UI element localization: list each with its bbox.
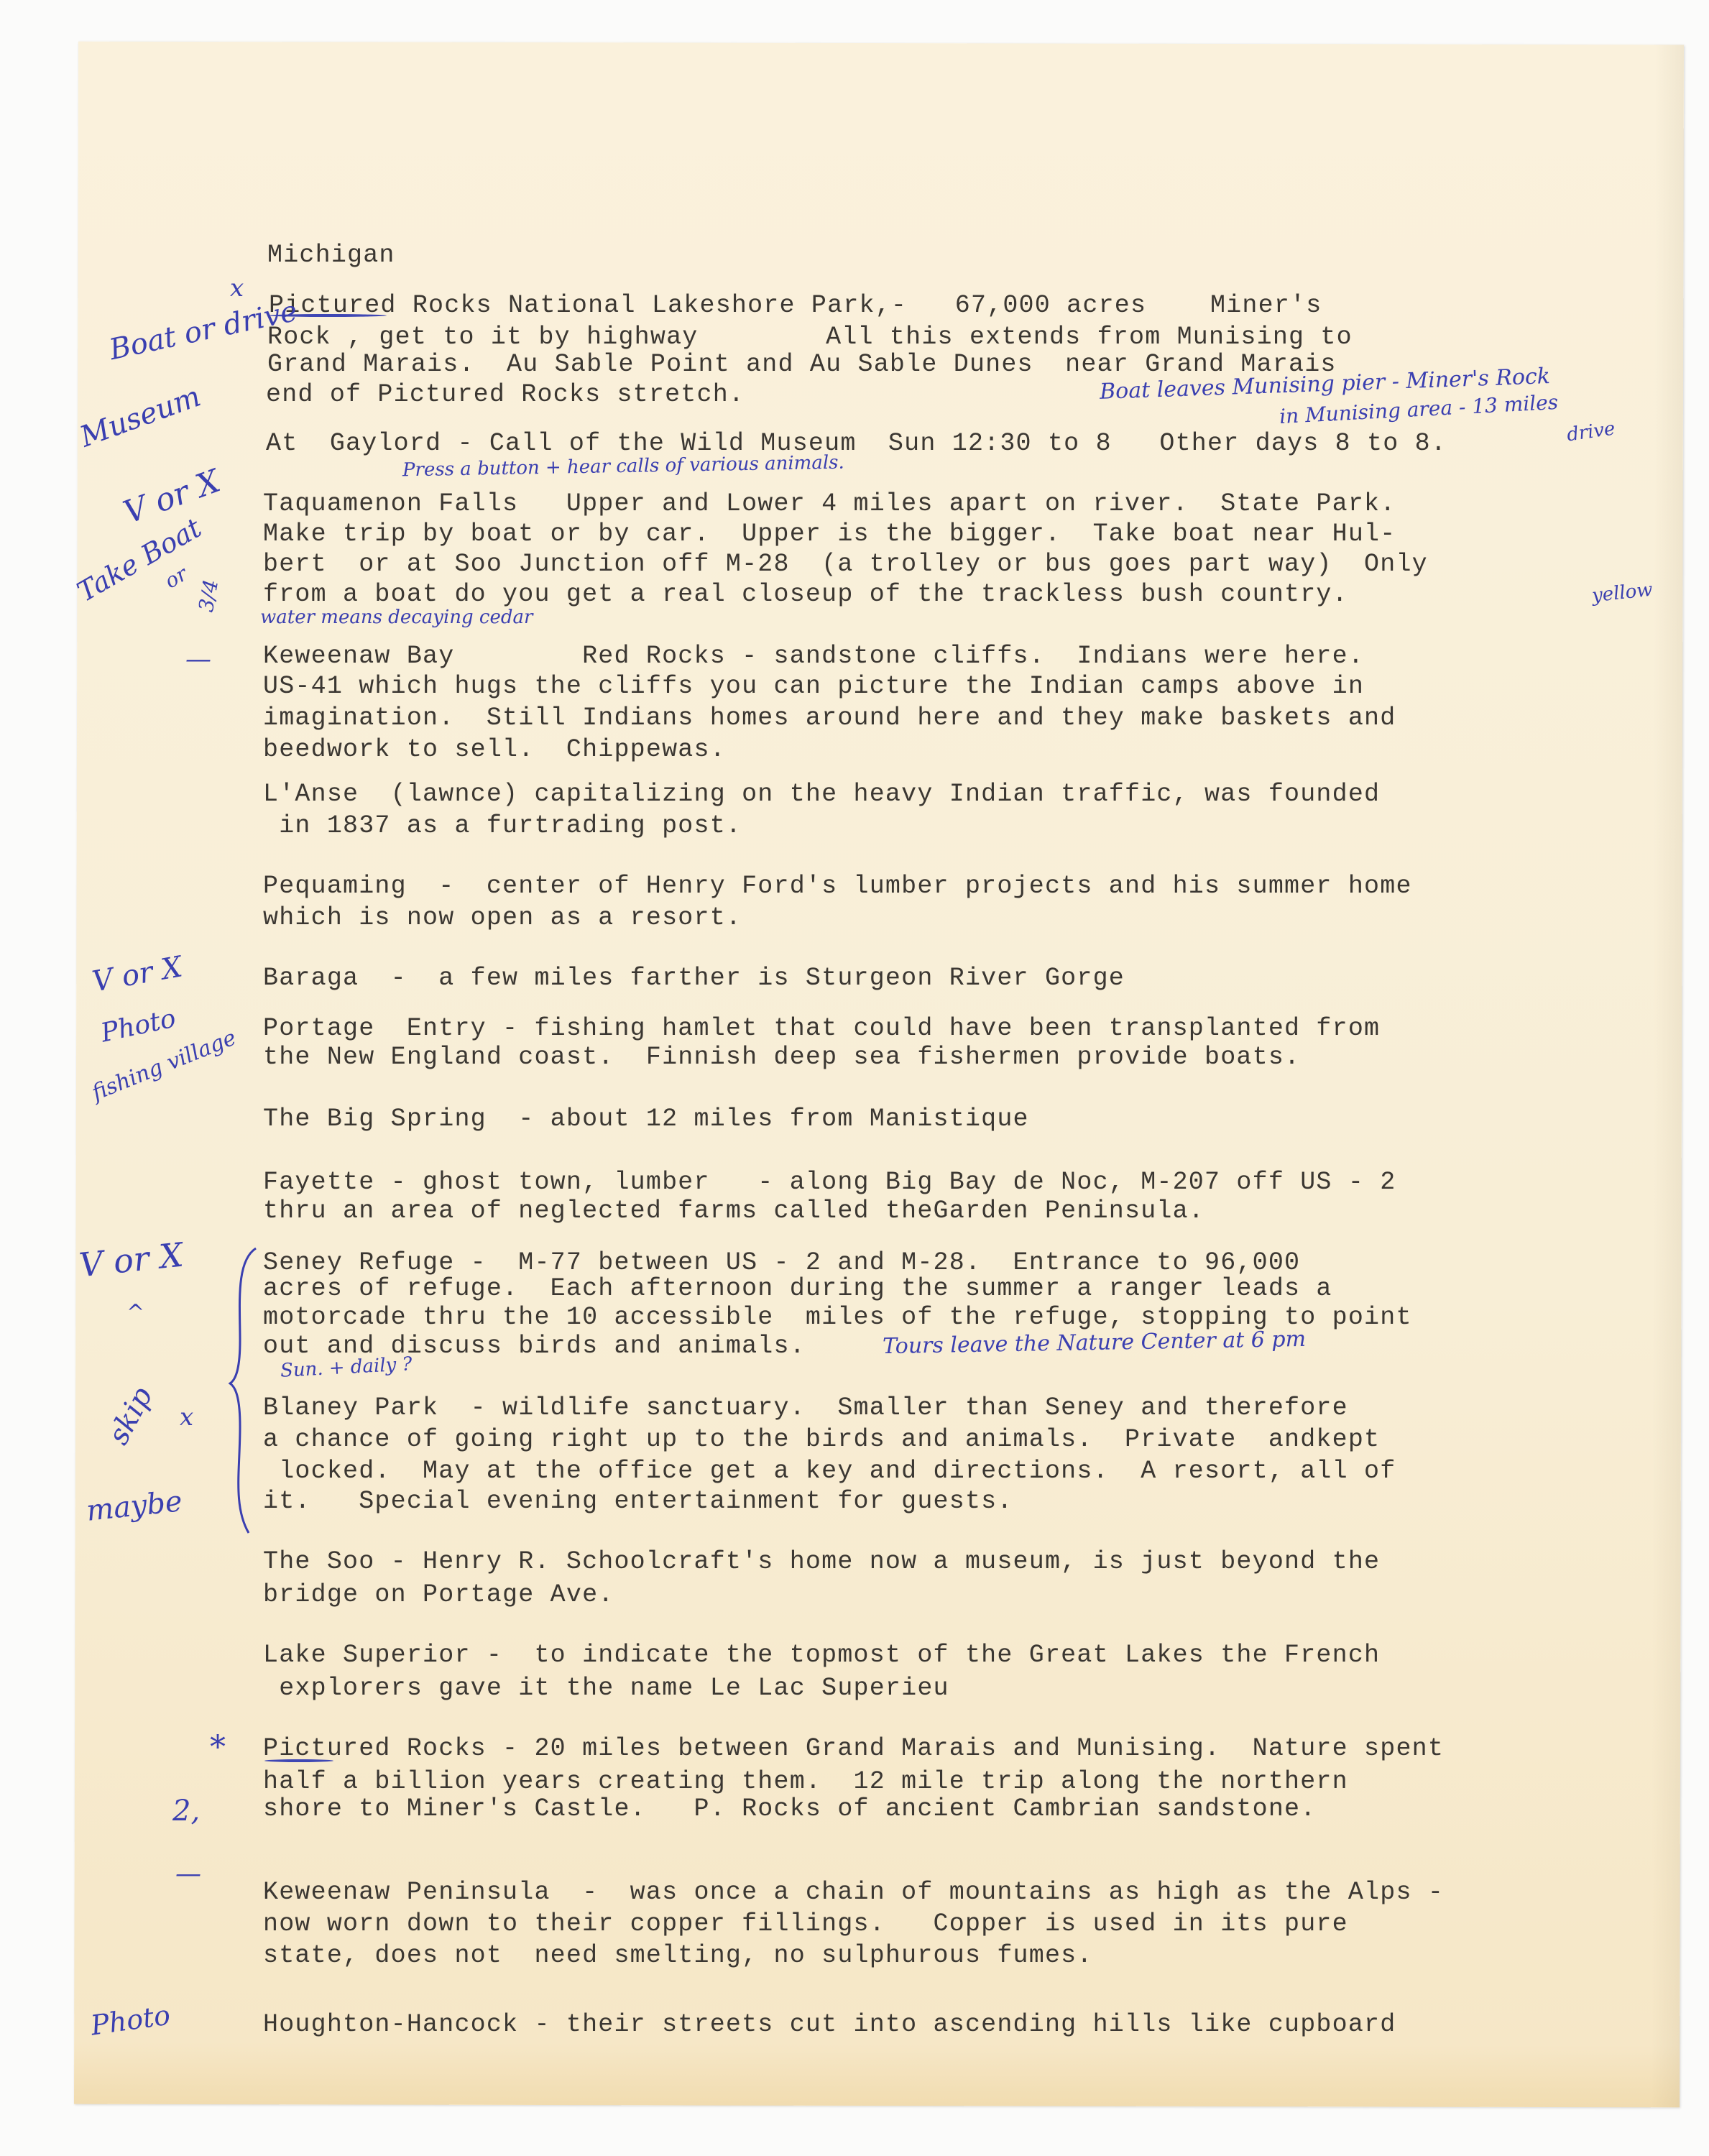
entry-line: a chance of going right up to the birds … (263, 1424, 1380, 1455)
margin-note-three-quarters: 3/4 (196, 578, 221, 613)
entry-line: bert or at Soo Junction off M-28 (a trol… (263, 549, 1428, 579)
brace-mark (229, 1247, 257, 1534)
entry-line: Keweenaw Peninsula - was once a chain of… (263, 1877, 1444, 1907)
entry-line: L'Anse (lawnce) capitalizing on the heav… (263, 779, 1380, 809)
entry-line: shore to Miner's Castle. P. Rocks of anc… (263, 1794, 1316, 1824)
margin-x-mark: x (230, 276, 244, 300)
margin-dash-mark: — (185, 647, 211, 673)
entry-line: the New England coast. Finnish deep sea … (263, 1042, 1300, 1072)
document-heading: Michigan (267, 240, 395, 270)
entry-line: Blaney Park - wildlife sanctuary. Smalle… (263, 1393, 1348, 1423)
entry-line: Pictured Rocks - 20 miles between Grand … (263, 1733, 1444, 1764)
entry-line: Pequaming - center of Henry Ford's lumbe… (263, 871, 1412, 901)
entry-line: Make trip by boat or by car. Upper is th… (263, 519, 1396, 549)
entry-line: US-41 which hugs the cliffs you can pict… (263, 671, 1364, 701)
entry-line: The Big Spring - about 12 miles from Man… (263, 1104, 1029, 1134)
entry-line: state, does not need smelting, no sulphu… (263, 1940, 1093, 1971)
margin-star-mark: * (210, 1732, 226, 1764)
entry-line: it. Special evening entertainment for gu… (263, 1486, 1013, 1516)
entry-line: Pictured Rocks National Lakeshore Park,-… (269, 290, 1322, 321)
entry-line: imagination. Still Indians homes around … (263, 703, 1396, 733)
entry-line: Portage Entry - fishing hamlet that coul… (263, 1013, 1380, 1044)
margin-dash-mark-peninsula: — (175, 1861, 201, 1887)
margin-caret-mark: ^ (126, 1302, 144, 1324)
entry-line: Fayette - ghost town, lumber - along Big… (263, 1167, 1396, 1197)
margin-note-question-two: 2, (172, 1797, 200, 1825)
pen-underline (264, 1759, 333, 1762)
handwritten-note-water-cedar: water means decaying cedar (260, 608, 533, 627)
entry-line: Grand Marais. Au Sable Point and Au Sabl… (267, 349, 1337, 379)
entry-line: in 1837 as a furtrading post. (263, 811, 742, 841)
entry-line: The Soo - Henry R. Schoolcraft's home no… (263, 1547, 1380, 1577)
entry-line: At Gaylord - Call of the Wild Museum Sun… (266, 428, 1447, 459)
entry-line: Rock , get to it by highway All this ext… (267, 322, 1353, 352)
entry-line: Lake Superior - to indicate the topmost … (263, 1640, 1380, 1670)
entry-line: which is now open as a resort. (263, 903, 742, 933)
margin-x-mark-blaney: x (180, 1405, 193, 1429)
entry-line: thru an area of neglected farms called t… (263, 1196, 1204, 1226)
entry-line: Houghton-Hancock - their streets cut int… (263, 2009, 1396, 2040)
entry-line: end of Pictured Rocks stretch. (266, 379, 745, 410)
entry-line: Baraga - a few miles farther is Sturgeon… (263, 963, 1125, 993)
entry-line: half a billion years creating them. 12 m… (263, 1766, 1348, 1797)
entry-line: acres of refuge. Each afternoon during t… (263, 1273, 1332, 1304)
entry-line: from a boat do you get a real closeup of… (263, 579, 1348, 609)
margin-note-v-or-x-seney: V or X (78, 1238, 185, 1282)
entry-line: explorers gave it the name Le Lac Superi… (263, 1673, 949, 1703)
entry-line: locked. May at the office get a key and … (263, 1456, 1396, 1486)
entry-line: Taquamenon Falls Upper and Lower 4 miles… (263, 489, 1396, 519)
entry-line: now worn down to their copper fillings. … (263, 1909, 1348, 1939)
entry-line: beedwork to sell. Chippewas. (263, 734, 726, 765)
entry-line: Keweenaw Bay Red Rocks - sandstone cliff… (263, 641, 1364, 671)
entry-line: bridge on Portage Ave. (263, 1580, 614, 1610)
